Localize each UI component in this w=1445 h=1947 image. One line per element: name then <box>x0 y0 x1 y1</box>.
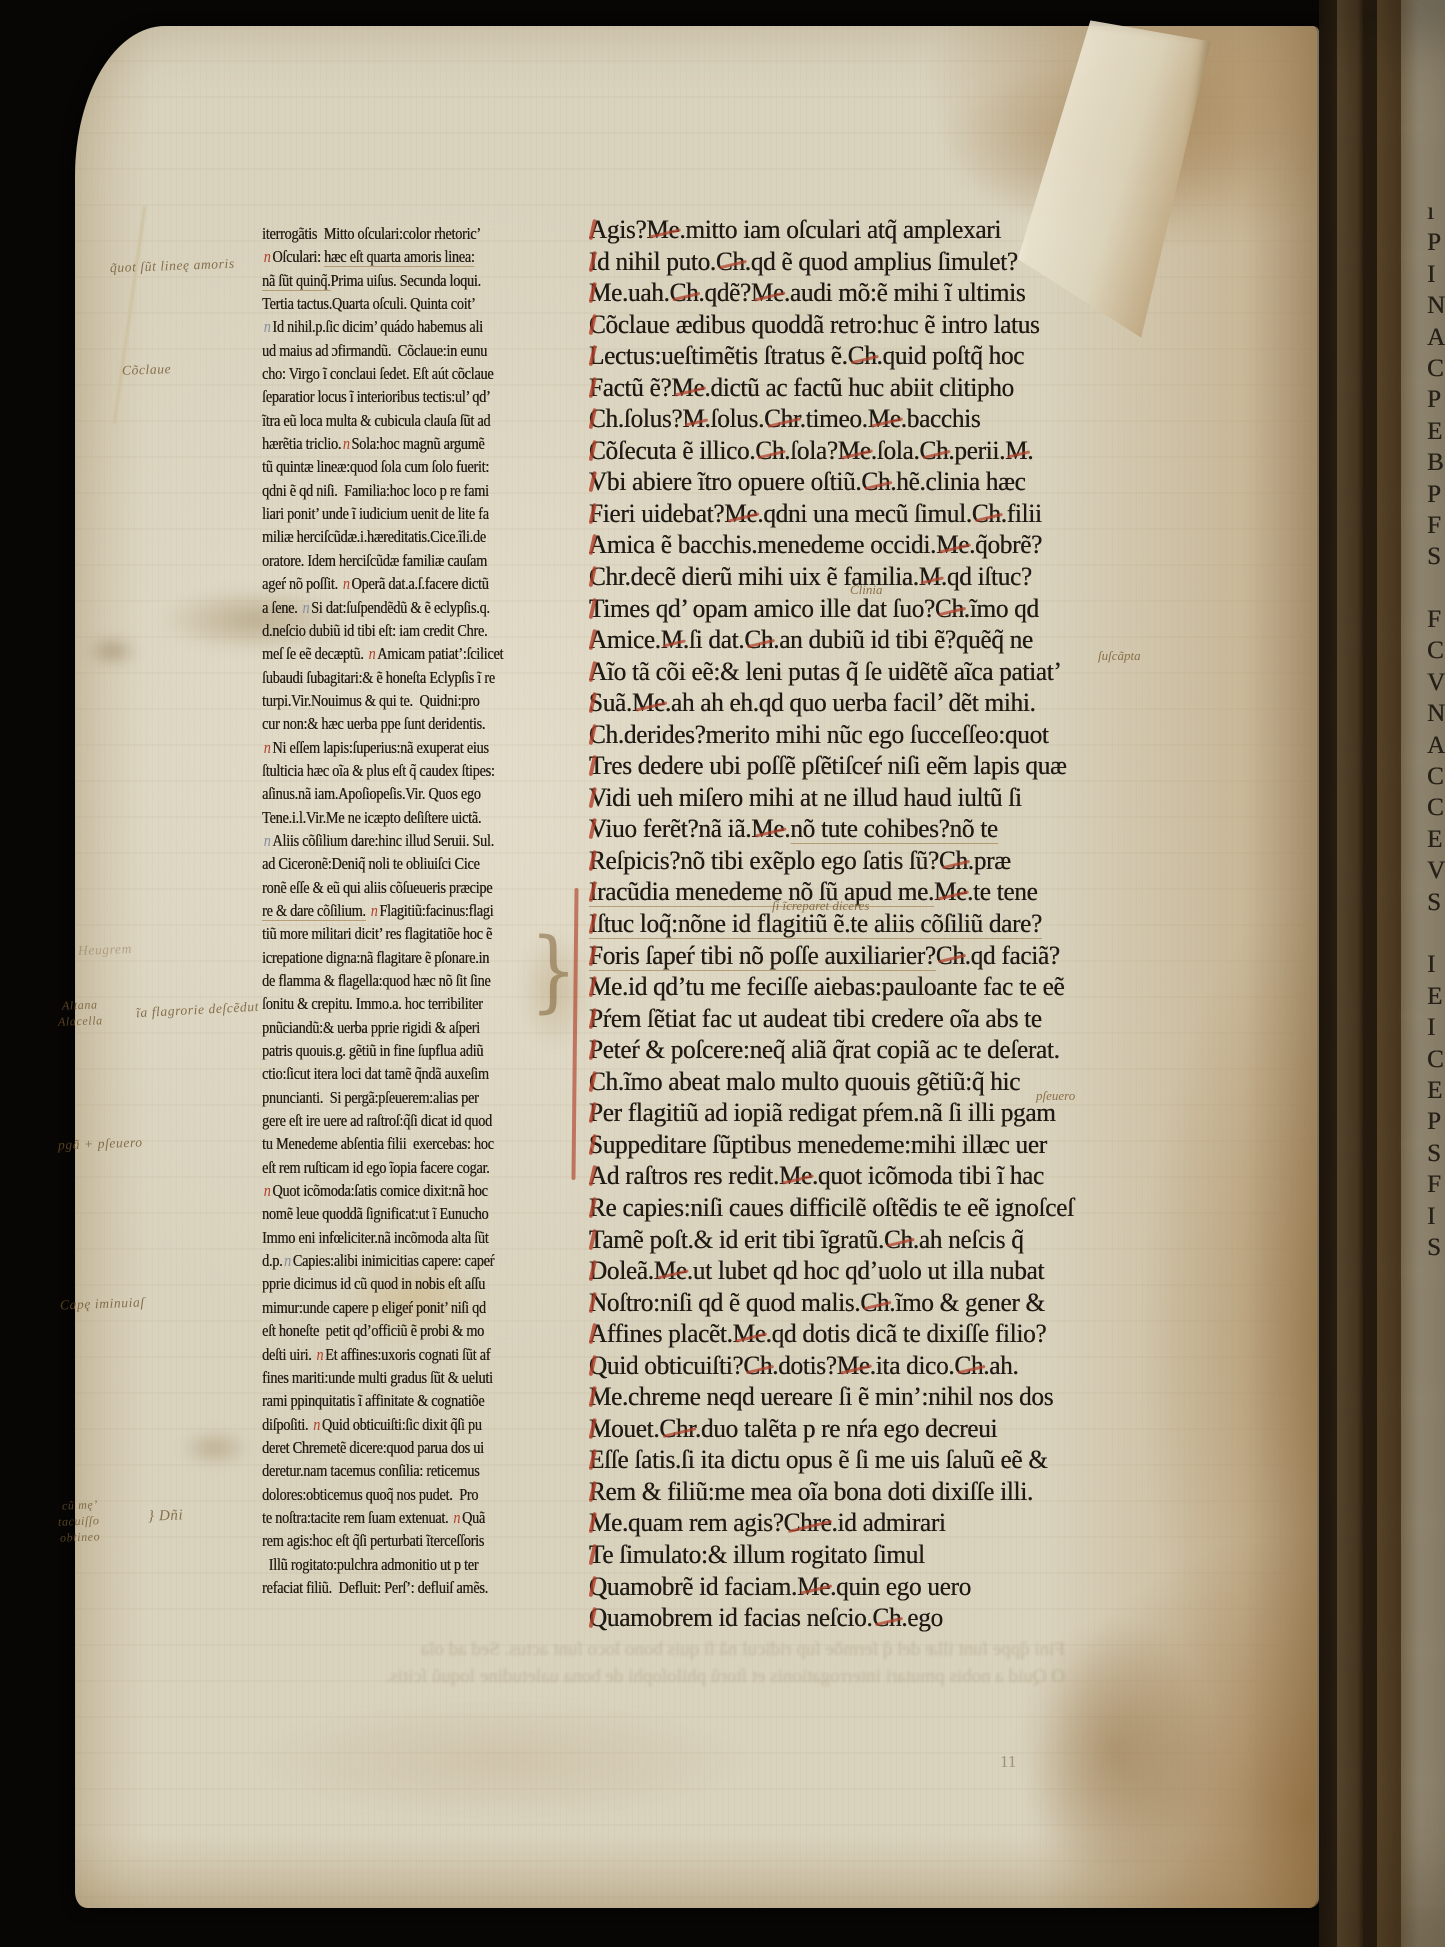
text-line: ſtulticia hæc oĩa & plus eſt q̃ caudex ſ… <box>262 759 563 782</box>
speaker-abbrev: Ch. <box>884 1225 919 1254</box>
text-line: Tres dedere ubi poſſẽ pſẽtiſceŕ niſi eẽm… <box>585 750 1206 782</box>
text-line: Affines placẽt.Me.qd dotis dicã te dixiſ… <box>585 1318 1206 1350</box>
ink-underline: Foris ſapeŕ tibi nõ poſſe auxiliarier? <box>589 941 936 971</box>
text-line: Me.id qd’tu me feciſſe aiebas:pauloante … <box>585 971 1206 1003</box>
speaker-abbrev: Ch. <box>861 467 896 496</box>
gutter-shadow <box>1319 0 1337 1947</box>
speaker-abbrev: Ch. <box>716 247 751 276</box>
speaker-abbrev: Ch. <box>744 625 779 654</box>
edge-letter: S <box>1427 889 1445 920</box>
text-line: icrepatione digna:nã flagitare ẽ pſonare… <box>262 946 563 969</box>
text-line: Factũ ẽ?Me.dictũ ac factũ huc abiit clit… <box>585 372 1206 404</box>
text-line: diſpoſiti. nQuid obticuiſti:ſic dixit q̃… <box>262 1413 563 1436</box>
speaker-abbrev: Me. <box>934 877 973 906</box>
edge-letter: A <box>1427 324 1445 355</box>
text-line: d.p.nCapies:alibi inimicitias capere: ca… <box>262 1249 563 1272</box>
speaker-abbrev: Me. <box>936 530 975 559</box>
speaker-abbrev: Me. <box>838 436 877 465</box>
text-line: Chr.decẽ dierũ mihi uix ẽ familia.M.qd i… <box>585 561 1206 593</box>
margin-note: Alacella <box>58 1013 103 1030</box>
text-line: Iſtuc loq̃:nõne id flagitiũ ẽ.te aliis c… <box>585 908 1206 940</box>
text-line: gere eſt ire uere ad raſtroſ:q̃ſi dicat … <box>262 1109 563 1132</box>
text-line: nAliis cõſilium dare:hinc illud Seruii. … <box>262 829 563 852</box>
edge-letter: C <box>1427 1046 1445 1077</box>
speaker-abbrev: Chr. <box>659 1414 701 1443</box>
text-line: Times qd’ opam amico ille dat ſuo?Ch.ĩmo… <box>585 593 1206 625</box>
gutter-shadow <box>1363 0 1377 1947</box>
text-line: Ch.derides?merito mihi nũc ego ſucceſſeo… <box>585 719 1206 751</box>
text-line: Agis?Me.mitto iam oſculari atq̃ amplexar… <box>585 214 1206 246</box>
text-line: Per flagitiũ ad iopiã redigat pŕem.nã ſi… <box>585 1097 1206 1129</box>
speaker-abbrev: Ch. <box>954 1351 989 1380</box>
text-line: Iracũdia menedeme nõ ſũ apud me.Me.te te… <box>585 876 1206 908</box>
speaker-abbrev: Ch. <box>669 278 704 307</box>
margin-note: Altana <box>62 997 98 1013</box>
text-line: fines mariti:unde multi gradus ſũt & uel… <box>262 1366 563 1389</box>
edge-letter: C <box>1427 355 1445 386</box>
speaker-abbrev: M. <box>919 562 947 591</box>
text-line: miliæ herciſcũdæ.i.hæreditatis.Cice.ĩli.… <box>262 525 563 548</box>
text-line: Rem & filiũ:me mea oĩa bona doti dixiſſe… <box>585 1476 1206 1508</box>
text-line: Suã.Me.ah ah eh.qd quo uerba facil’ dẽt … <box>585 687 1206 719</box>
text-line: deſti uiri. nEt affines:uxoris cognati ſ… <box>262 1343 563 1366</box>
speaker-abbrev: Ch. <box>743 1351 778 1380</box>
ink-underline: nã ſũt quinq̃. <box>262 271 330 291</box>
margin-note: cũ mę’ <box>62 1497 98 1513</box>
speaker-abbrev: M. <box>1005 436 1033 465</box>
text-line: qdni ẽ qd niſi. Familia:hoc loco p re fa… <box>262 479 563 502</box>
faded-paragraph-mark: n <box>262 831 272 850</box>
text-line: Ad raſtros res redit.Me.quot icõmoda tib… <box>585 1160 1206 1192</box>
text-line: Doleã.Me.ut lubet qd hoc qd’uolo ut illa… <box>585 1255 1206 1287</box>
edge-letter: F <box>1427 1171 1445 1202</box>
speaker-abbrev: Me. <box>837 1351 876 1380</box>
red-paragraph-mark: n <box>367 644 377 663</box>
edge-letter: P <box>1427 481 1445 512</box>
text-line: Fieri uidebat?Me.qdni una mecũ ſimul.Ch.… <box>585 498 1206 530</box>
text-line: Quid obticuiſti?Ch.dotis?Me.ita dico.Ch.… <box>585 1350 1206 1382</box>
text-line: iterrogãtis Mitto oſculari:color rhetori… <box>262 222 563 245</box>
text-line: hærẽtia triclio.nSola:hoc magnũ argumẽ <box>262 432 563 455</box>
text-line: nomẽ leue quoddã ſignificat:ut ĩ Eunucho <box>262 1202 563 1225</box>
text-line: Tamẽ poſt.& id erit tibi ĩgratũ.Ch.ah ne… <box>585 1224 1206 1256</box>
red-paragraph-mark: n <box>262 738 272 757</box>
text-line: Viuo ferẽt?nã iã.Me.nõ tute cohibes?nõ t… <box>585 813 1206 845</box>
speaker-abbrev: Me. <box>646 215 685 244</box>
text-line: pnũciandũ:& uerba pprie rigidi & aſperi <box>262 1016 563 1039</box>
speaker-abbrev: Ch. <box>755 436 790 465</box>
speaker-abbrev: Me. <box>654 1256 693 1285</box>
text-line: Mouet.Chr.duo talẽta p re nŕa ego decreu… <box>585 1413 1206 1445</box>
text-line: Re capies:niſi caues difficilẽ oſtẽdis t… <box>585 1192 1206 1224</box>
edge-letter: A <box>1427 732 1445 763</box>
text-line: Ch.ſolus?M.ſolus.Chr.timeo.Me.bacchis <box>585 403 1206 435</box>
text-line: rami ppinquitatis ĩ affinitate & cognati… <box>262 1389 563 1412</box>
faded-paragraph-mark: n <box>282 1251 292 1270</box>
text-line: Me.chreme neqd uereare ſi ẽ min’:nihil n… <box>585 1381 1206 1413</box>
text-line: Tene.i.l.Vir.Me ne icæpto deſiſtere uict… <box>262 806 563 829</box>
text-line: Illũ rogitato:pulchra admonitio ut p ter <box>262 1553 563 1576</box>
text-line: oratore. Idem herciſcũdæ familiæ cauſam <box>262 549 563 572</box>
speaker-abbrev: Me. <box>751 278 790 307</box>
text-line: pprie dicimus id cũ quod in nobis eſt aſ… <box>262 1272 563 1295</box>
margin-note: Heugrem <box>78 941 132 959</box>
text-line: Immo eni infœliciter.nã incõmoda alta ſũ… <box>262 1226 563 1249</box>
facing-page-initials: ıPINACPEBPFSFCVNACCEVSIEICEPSFIS <box>1427 198 1445 1265</box>
text-line: refaciat filiũ. Defluit: Perſ’: defluiſ … <box>262 1576 563 1599</box>
text-line: rem agis:hoc eſt q̃ſi perturbati ĩterceſ… <box>262 1529 563 1552</box>
text-line: Peteŕ & poſcere:neq̃ aliã q̃rat copiã ac… <box>585 1034 1206 1066</box>
text-line: turpi.Vir.Nouimus & qui te. Quidni:pro <box>262 689 563 712</box>
text-line: Foris ſapeŕ tibi nõ poſſe auxiliarier?Ch… <box>585 940 1206 972</box>
text-line: patris quouis.g. gẽtiũ in fine ſupflua a… <box>262 1039 563 1062</box>
interlinear-gloss: ſi ĩcreparet diceres <box>772 898 869 914</box>
text-line: Ch.ĩmo abeat malo multo quouis gẽtiũ:q̃ … <box>585 1066 1206 1098</box>
edge-letter: C <box>1427 637 1445 668</box>
leaf-edge-strip <box>1337 0 1363 1947</box>
text-line: nQuot icõmoda:ſatis comice dixit:nã hoc <box>262 1179 563 1202</box>
edge-letter: F <box>1427 606 1445 637</box>
red-paragraph-mark: n <box>369 901 379 920</box>
text-line: d.neſcio dubiũ id tibi eſt: iam credit C… <box>262 619 563 642</box>
text-line: ĩtra eũ loca multa & cubicula clauſa ſũt… <box>262 409 563 432</box>
text-line: deret Chremetẽ dicere:quod parua dos ui <box>262 1436 563 1459</box>
text-line: liari ponit’ unde ĩ iudicium uenit de li… <box>262 502 563 525</box>
text-line: nã ſũt quinq̃.Prima uiſus. Secunda loqui… <box>262 269 563 292</box>
edge-letter <box>1427 575 1445 606</box>
edge-letter: F <box>1427 512 1445 543</box>
red-paragraph-mark: n <box>452 1508 462 1527</box>
edge-letter: S <box>1427 543 1445 574</box>
speaker-abbrev: Ch. <box>939 846 974 875</box>
text-line: ſeparatior locus ĩ interioribus tectis:u… <box>262 385 563 408</box>
text-line: tũ quintæ lineæ:quod ſola cum ſolo fueri… <box>262 455 563 478</box>
text-line: ſubaudi ſubagitari:& ẽ honeſta Eclypſis … <box>262 666 563 689</box>
text-line: ud maius ad ɔfirmandũ. Cõclaue:in eunu <box>262 339 563 362</box>
text-line: Me.quam rem agis?Chre.id admirari <box>585 1507 1206 1539</box>
red-paragraph-mark: n <box>262 1181 272 1200</box>
speaker-abbrev: Ch. <box>936 941 971 970</box>
text-column: Agis?Me.mitto iam oſculari atq̃ amplexar… <box>585 214 1225 1634</box>
edge-letter: I <box>1427 951 1445 982</box>
edge-letter: V <box>1427 669 1445 700</box>
text-line: te noſtra:tacite rem ſuam extenuat. nQuã <box>262 1506 563 1529</box>
edge-letter: E <box>1427 826 1445 857</box>
edge-letter: C <box>1427 794 1445 825</box>
ink-underline: re & dare cõſilium. <box>262 901 366 921</box>
ink-underline: hæc eſt quarta amoris linea: <box>324 247 475 267</box>
text-line: dolores:obticemus quoq̃ nos pudet. Pro <box>262 1483 563 1506</box>
edge-letter: N <box>1427 292 1445 323</box>
text-line: Id nihil puto.Ch.qd ẽ quod amplius ſimul… <box>585 246 1206 278</box>
edge-letter: I <box>1427 261 1445 292</box>
commentary-column: iterrogãtis Mitto oſculari:color rhetori… <box>262 222 612 1599</box>
edge-letter: S <box>1427 1234 1445 1265</box>
text-line: Cõſecuta ẽ illico.Ch.ſola?Me.ſola.Ch.per… <box>585 435 1206 467</box>
interlinear-gloss: Clinia <box>850 582 883 598</box>
text-line: Cõclaue ædibus quoddã retro:huc ẽ intro … <box>585 309 1206 341</box>
showthrough-line: O Quid a nobis pmutari interrogationis e… <box>250 1663 1065 1690</box>
edge-letter: C <box>1427 763 1445 794</box>
speaker-abbrev: Me. <box>632 688 671 717</box>
speaker-abbrev: Me. <box>724 499 763 528</box>
edge-letter: E <box>1427 418 1445 449</box>
text-line: eſt rem ruſticam id ego ĩopia facere cog… <box>262 1156 563 1179</box>
text-line: Eſſe ſatis.ſi ita dictu opus ẽ ſi me uis… <box>585 1444 1206 1476</box>
ink-underline: Iracũdia menedeme nõ ſũ apud me. <box>589 877 934 907</box>
red-paragraph-mark: n <box>341 434 351 453</box>
text-line: pnuncianti. Si pergã:pſeuerem:alias per <box>262 1086 563 1109</box>
ink-brace-mark: } <box>530 919 577 1022</box>
text-line: cho: Virgo ĩ conclaui ſedet. Eſt aút cõc… <box>262 362 563 385</box>
margin-note: pgã + pſeuero <box>58 1135 143 1154</box>
text-line: Quamobrem id facias neſcio.Ch.ego <box>585 1602 1206 1634</box>
edge-letter: B <box>1427 449 1445 480</box>
text-line: nOſculari: hæc eſt quarta amoris linea: <box>262 245 563 268</box>
edge-letter: E <box>1427 1077 1445 1108</box>
text-line: Vidi ueh miſero mihi at ne illud haud iu… <box>585 782 1206 814</box>
edge-letter <box>1427 920 1445 951</box>
interlinear-gloss: pſeuero <box>1036 1088 1075 1104</box>
edge-letter: S <box>1427 1140 1445 1171</box>
text-line: de flamma & flagella:quod hæc nõ ſit ſin… <box>262 969 563 992</box>
red-paragraph-mark: n <box>315 1345 325 1364</box>
text-line: ageŕ nõ poſſit. nOperã dat.a.ſ.facere di… <box>262 572 563 595</box>
showthrough-text: Fini q̃ppe ſunt illæ del q̃ ſermõe ſup r… <box>250 1636 1065 1696</box>
edge-letter: N <box>1427 700 1445 731</box>
text-line: tiũ more militari dicit’ res flagitatiõe… <box>262 922 563 945</box>
speaker-abbrev: Chre. <box>784 1508 838 1537</box>
text-line: meſ ſe eẽ decæptũ. nAmicam patiat’:ſcili… <box>262 642 563 665</box>
text-line: Tertia tactus.Quarta oſculi. Quinta coit… <box>262 292 563 315</box>
speaker-abbrev: Ch. <box>848 341 883 370</box>
text-line: re & dare cõſilium. nFlagitiũ:facinus:fl… <box>262 899 563 922</box>
edge-letter: I <box>1427 1203 1445 1234</box>
speaker-abbrev: Me. <box>671 373 710 402</box>
folio-mark: 11 <box>1000 1752 1016 1772</box>
edge-letter: V <box>1427 857 1445 888</box>
text-line: ſonitu & crepitu. Immo.a. hoc terribilit… <box>262 992 563 1015</box>
text-line: eſt honeſte petit qd’officiũ ẽ probi & m… <box>262 1319 563 1342</box>
speaker-abbrev: Me. <box>868 404 907 433</box>
text-line: a ſene. nSi dat:ſuſpendẽdũ & ẽ eclypſis.… <box>262 596 563 619</box>
red-paragraph-mark: n <box>262 247 272 266</box>
speaker-abbrev: Ch. <box>919 436 954 465</box>
scanned-book-photo: { "page": { "description": "Incunabulum … <box>0 0 1445 1947</box>
speaker-abbrev: Me. <box>733 1319 772 1348</box>
text-line: Quamobrẽ id faciam.Me.quin ego uero <box>585 1571 1206 1603</box>
speaker-abbrev: Chr. <box>764 404 806 433</box>
margin-note: obtineo <box>60 1529 101 1545</box>
showthrough-line: Fini q̃ppe ſunt illæ del q̃ ſermõe ſup r… <box>250 1636 1065 1663</box>
speaker-abbrev: Ch. <box>972 499 1007 528</box>
edge-letter: P <box>1427 1108 1445 1139</box>
text-line: mimur:unde capere p eligeŕ ponit’ niſi q… <box>262 1296 563 1319</box>
edge-letter: P <box>1427 386 1445 417</box>
text-line: ad Ciceronẽ:Deniq̃ noli te obliuiſci Cic… <box>262 852 563 875</box>
interlinear-gloss: ſuſcãpta <box>1098 648 1141 664</box>
text-line: Te ſimulato:& illum rogitato ſimul <box>585 1539 1206 1571</box>
text-line: Vbi abiere ĩtro opuere oſtiũ.Ch.hẽ.clini… <box>585 466 1206 498</box>
edge-letter: E <box>1427 983 1445 1014</box>
speaker-abbrev: Me. <box>797 1572 836 1601</box>
text-line: ctio:ſicut itera loci dat tamẽ q̃ndã aux… <box>262 1062 563 1085</box>
speaker-abbrev: Me. <box>751 814 790 843</box>
text-line: deretur.nam tacemus conſilia: reticemus <box>262 1459 563 1482</box>
speaker-abbrev: Ch. <box>872 1603 907 1632</box>
margin-note: tacuiſſo <box>58 1513 100 1529</box>
speaker-abbrev: Ch. <box>860 1288 895 1317</box>
text-line: Suppeditare ſũptibus menedeme:mihi illæc… <box>585 1129 1206 1161</box>
speaker-abbrev: Me. <box>779 1161 818 1190</box>
speaker-abbrev: M. <box>682 404 710 433</box>
text-line: aſinus.nã iam.Apoſiopeſis.Vir. Quos ego <box>262 782 563 805</box>
margin-note: Cõclaue <box>122 361 172 379</box>
text-line: Me.uah.Ch.qdẽ?Me.audi mõ:ẽ mihi ĩ ultimi… <box>585 277 1206 309</box>
text-line: nNi eſſem lapis:ſuperius:nã exuperat eiu… <box>262 736 563 759</box>
faded-paragraph-mark: n <box>262 317 272 336</box>
leaf-edge-strip <box>1377 0 1401 1947</box>
faded-paragraph-mark: n <box>301 598 311 617</box>
text-line: Lectus:ueſtimẽtis ſtratus ẽ.Ch.quid poſt… <box>585 340 1206 372</box>
red-paragraph-mark: n <box>312 1415 322 1434</box>
text-line: nId nihil.p.ſic dicim’ quádo habemus ali <box>262 315 563 338</box>
edge-letter: I <box>1427 1014 1445 1045</box>
speaker-abbrev: M. <box>661 625 689 654</box>
text-line: Amica ẽ bacchis.menedeme occidi.Me.q̃obr… <box>585 529 1206 561</box>
text-line: Noſtro:niſi qd ẽ quod malis.Ch.ĩmo & gen… <box>585 1287 1206 1319</box>
text-line: cur non:& hæc uerba ppe ſunt deridentis. <box>262 712 563 735</box>
edge-letter: P <box>1427 229 1445 260</box>
red-paragraph-mark: n <box>341 574 351 593</box>
margin-note: } Dñi <box>148 1507 184 1525</box>
text-line: ronẽ eſſe & eũ qui aliis cõſueueris præc… <box>262 876 563 899</box>
edge-letter: ı <box>1427 198 1445 229</box>
text-line: Reſpicis?nõ tibi exẽplo ego ſatis ſũ?Ch.… <box>585 845 1206 877</box>
speaker-abbrev: Ch. <box>935 594 970 623</box>
margin-note: Capę iminuiaſ <box>60 1295 145 1314</box>
text-line: Pŕem ſẽtiat fac ut audeat tibi credere o… <box>585 1003 1206 1035</box>
ink-underline: nõ tute cohibes?nõ te <box>790 814 998 844</box>
text-line: tu Menedeme abſentia filii exercebas: ho… <box>262 1132 563 1155</box>
